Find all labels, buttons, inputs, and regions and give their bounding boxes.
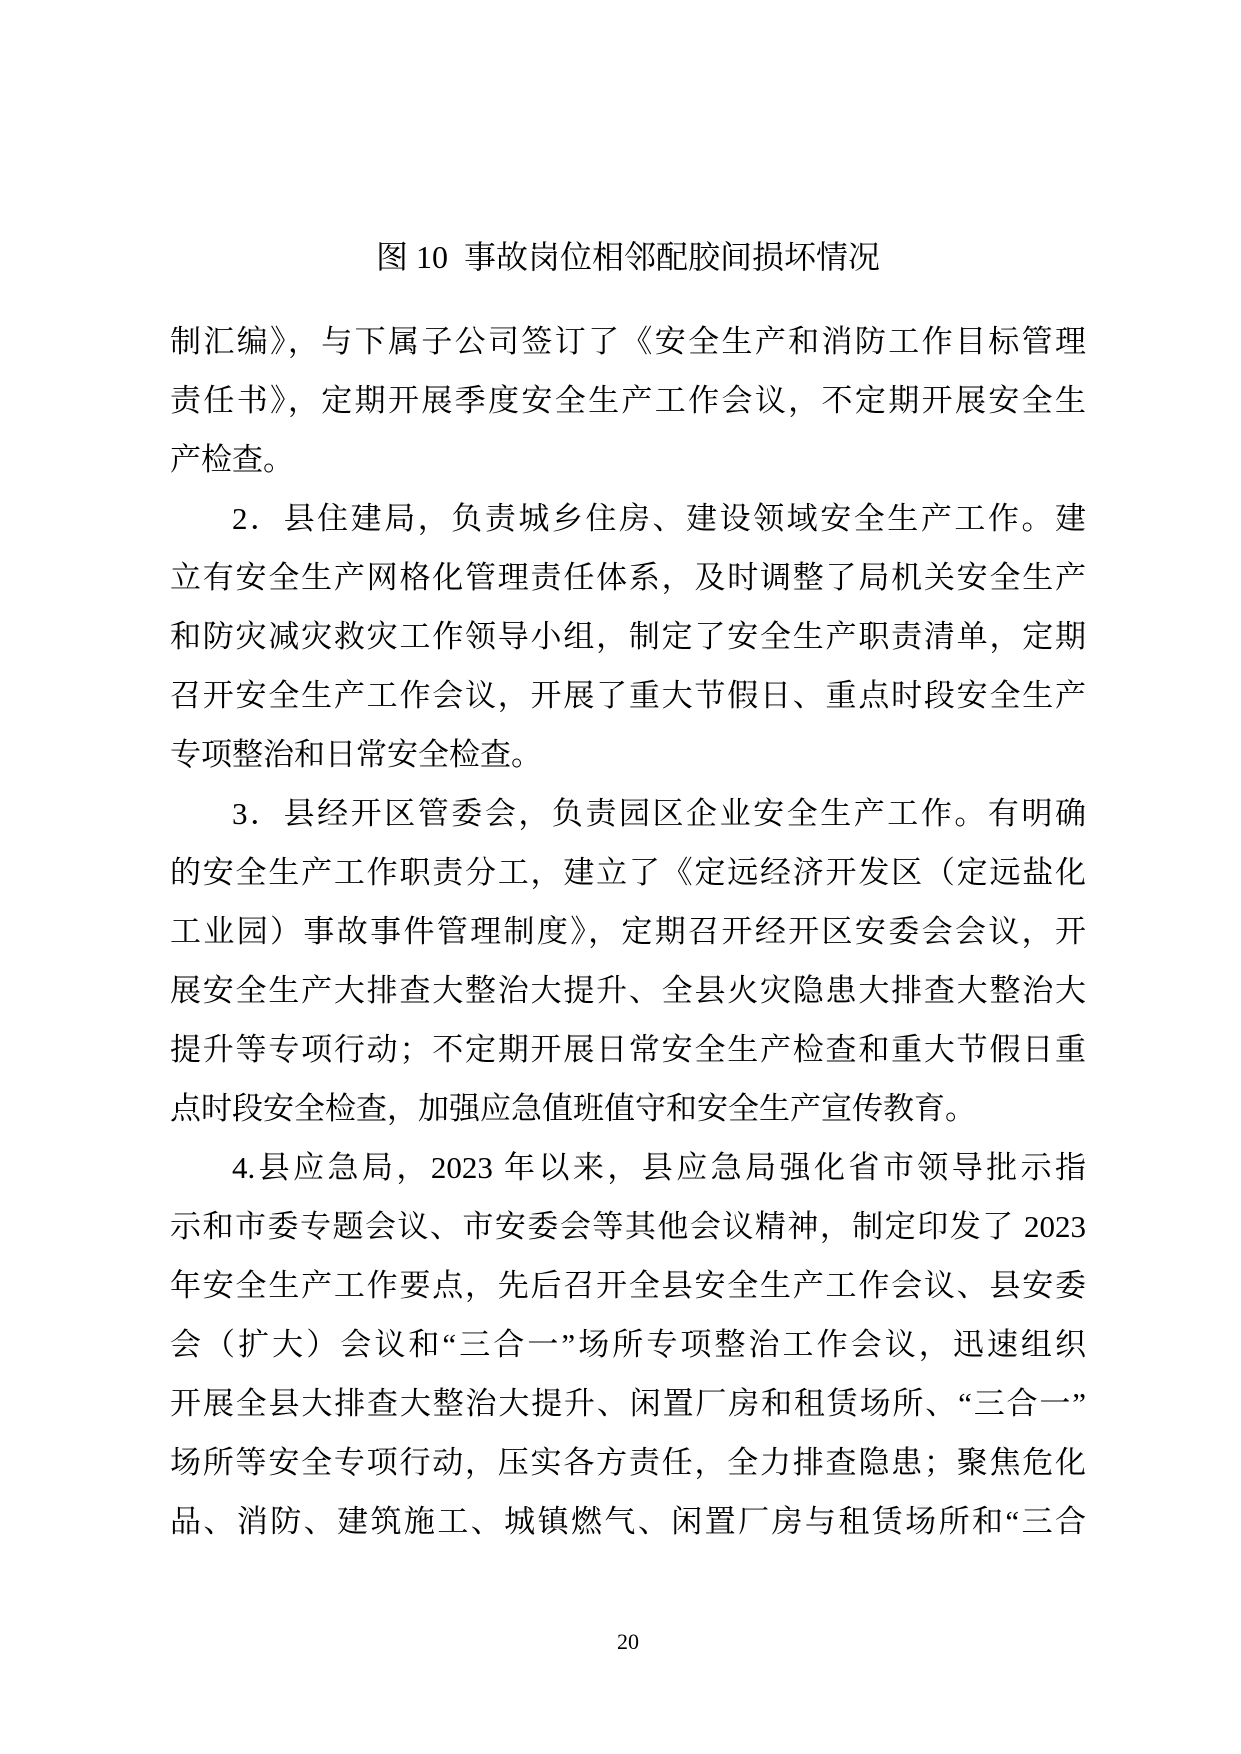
text-line: 的安全生产工作职责分工，建立了《定远经济开发区（定远盐化 [170, 843, 1086, 902]
text-line: 展安全生产大排查大整治大提升、全县火灾隐患大排查大整治大 [170, 961, 1086, 1020]
body-text: 制汇编》，与下属子公司签订了《安全生产和消防工作目标管理 责任书》，定期开展季度… [170, 312, 1086, 1551]
text-line: 会（扩大）会议和“三合一”场所专项整治工作会议，迅速组织 [170, 1315, 1086, 1374]
text-line: 4.县应急局，2023 年以来，县应急局强化省市领导批示指 [170, 1138, 1086, 1197]
text-line: 点时段安全检查，加强应急值班值守和安全生产宣传教育。 [170, 1079, 1086, 1138]
text-line: 年安全生产工作要点，先后召开全县安全生产工作会议、县安委 [170, 1256, 1086, 1315]
text-line: 品、消防、建筑施工、城镇燃气、闲置厂房与租赁场所和“三合 [170, 1492, 1086, 1551]
text-line: 召开安全生产工作会议，开展了重大节假日、重点时段安全生产 [170, 666, 1086, 725]
page-number: 20 [170, 1628, 1086, 1656]
text-line: 立有安全生产网格化管理责任体系，及时调整了局机关安全生产 [170, 548, 1086, 607]
document-page: 图 10 事故岗位相邻配胶间损坏情况 制汇编》，与下属子公司签订了《安全生产和消… [0, 0, 1241, 1754]
text-line: 3．县经开区管委会，负责园区企业安全生产工作。有明确 [170, 784, 1086, 843]
text-line: 场所等安全专项行动，压实各方责任，全力排查隐患；聚焦危化 [170, 1433, 1086, 1492]
text-line: 工业园）事故事件管理制度》，定期召开经开区安委会会议，开 [170, 902, 1086, 961]
text-line: 责任书》，定期开展季度安全生产工作会议，不定期开展安全生 [170, 371, 1086, 430]
text-line: 和防灾减灾救灾工作领导小组，制定了安全生产职责清单，定期 [170, 607, 1086, 666]
text-line: 产检查。 [170, 430, 1086, 489]
text-line: 2．县住建局，负责城乡住房、建设领域安全生产工作。建 [170, 489, 1086, 548]
text-line: 专项整治和日常安全检查。 [170, 725, 1086, 784]
figure-caption: 图 10 事故岗位相邻配胶间损坏情况 [170, 236, 1086, 278]
text-line: 提升等专项行动；不定期开展日常安全生产检查和重大节假日重 [170, 1020, 1086, 1079]
text-line: 制汇编》，与下属子公司签订了《安全生产和消防工作目标管理 [170, 312, 1086, 371]
text-line: 开展全县大排查大整治大提升、闲置厂房和租赁场所、“三合一” [170, 1374, 1086, 1433]
text-line: 示和市委专题会议、市安委会等其他会议精神，制定印发了 2023 [170, 1197, 1086, 1256]
